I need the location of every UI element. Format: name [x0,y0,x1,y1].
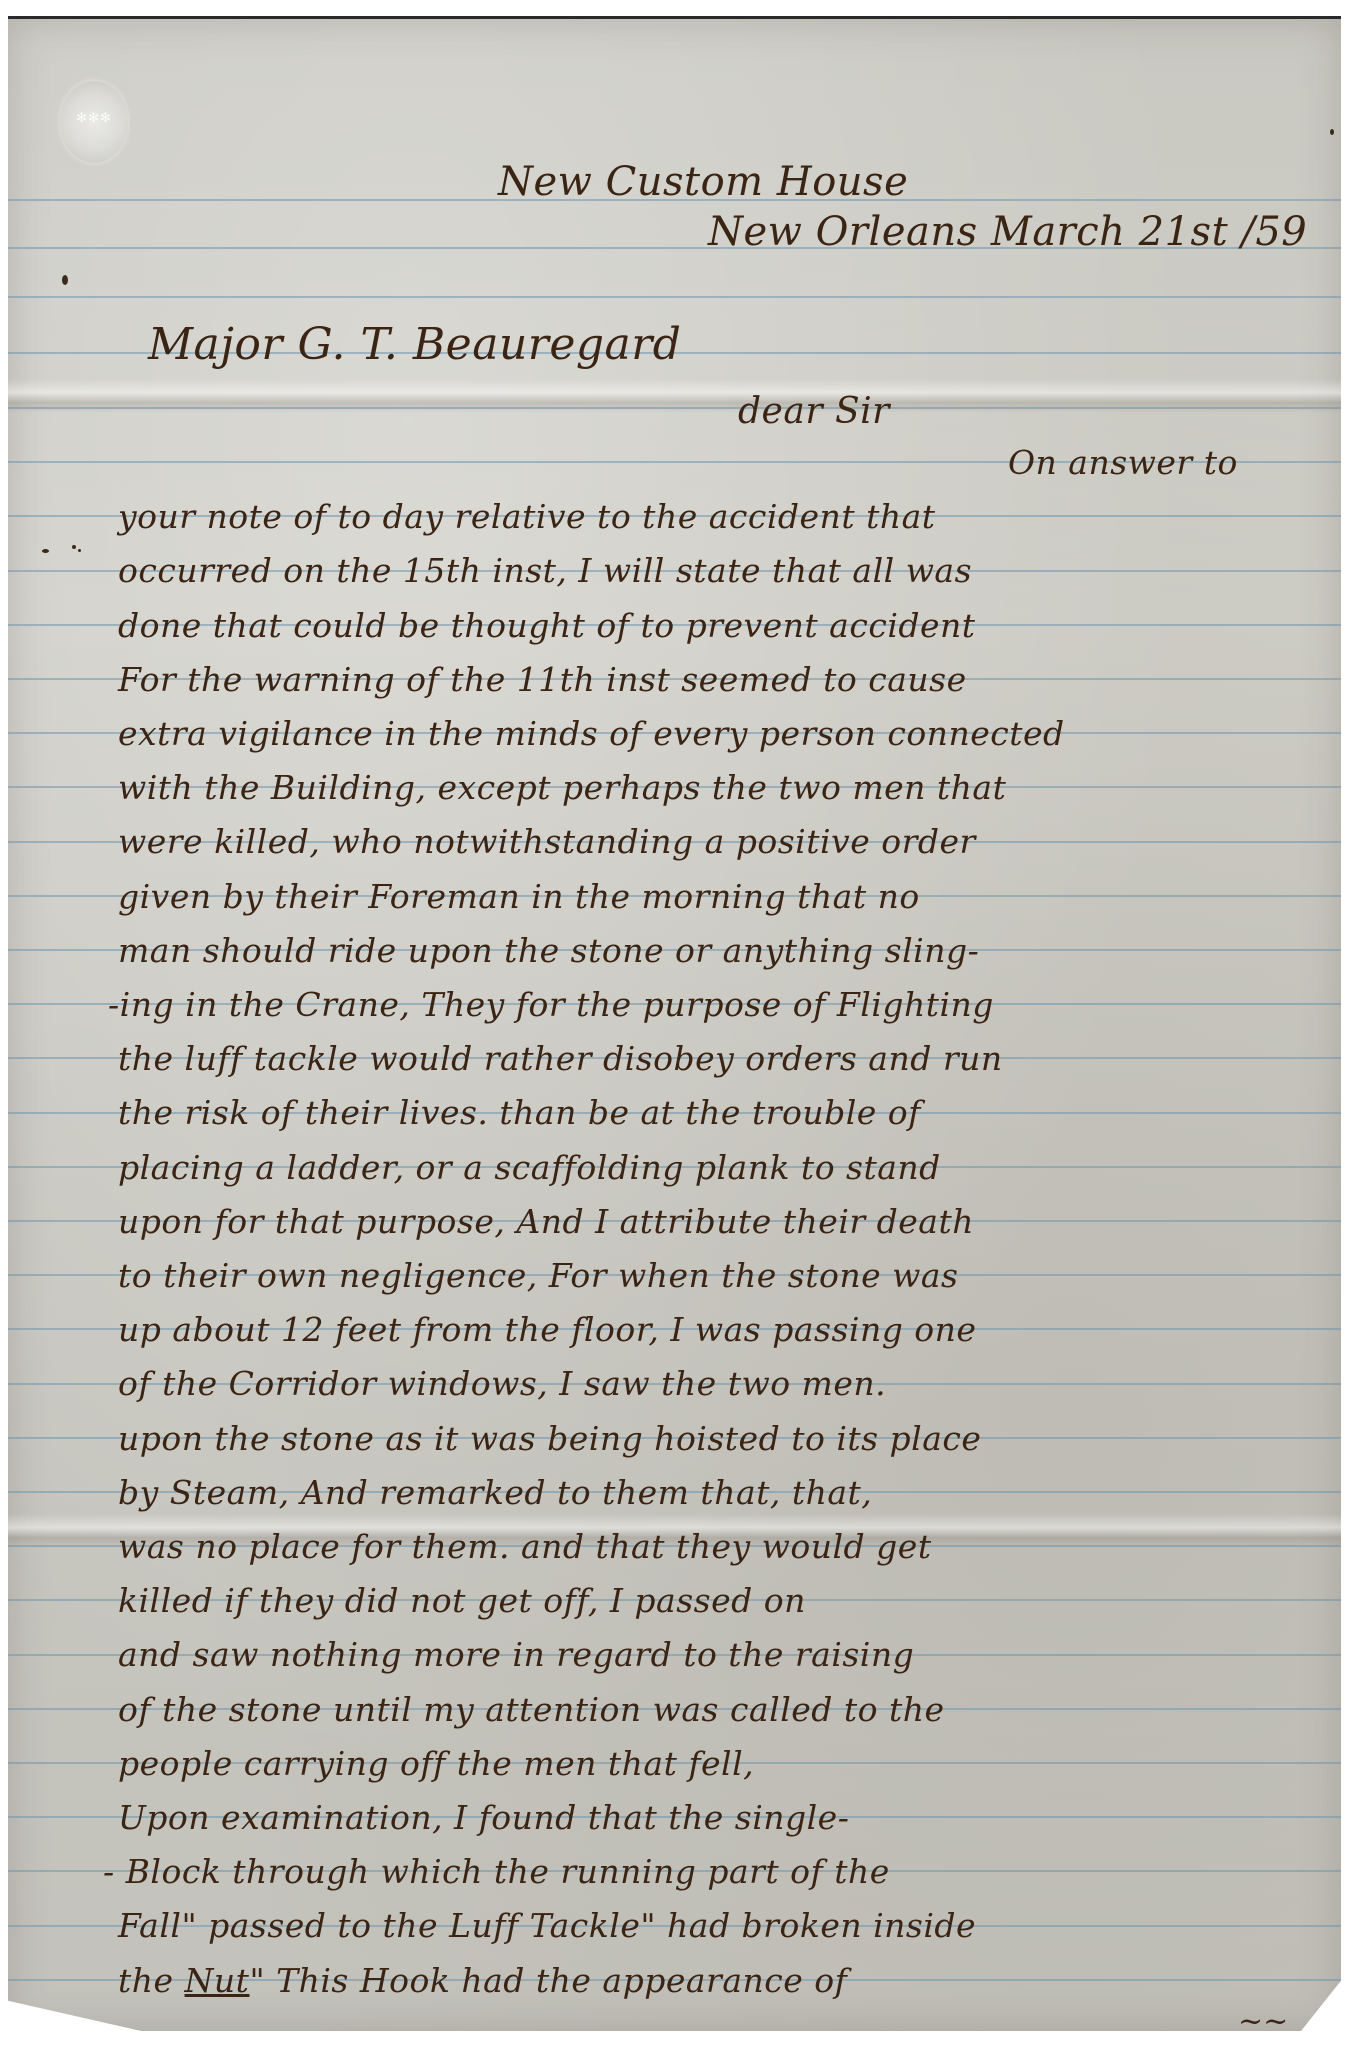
ruled-line [8,296,1341,298]
letter-heading-place: New Custom House [498,159,908,205]
addressee: Major G. T. Beauregard [148,319,681,370]
body-line: man should ride upon the stone or anythi… [118,931,979,970]
body-line: to their own negligence, For when the st… [118,1256,958,1295]
body-line: was no place for them. and that they wou… [118,1527,932,1566]
salutation: dear Sir [738,391,890,432]
body-line: by Steam, And remarked to them that, tha… [118,1473,872,1512]
embossed-seal-icon: ✻✻✻ [60,81,128,163]
body-line: extra vigilance in the minds of every pe… [118,714,1065,753]
body-line: upon the stone as it was being hoisted t… [118,1419,981,1458]
body-line: upon for that purpose, And I attribute t… [118,1202,974,1241]
body-line: - Block through which the running part o… [103,1852,890,1891]
body-line: and saw nothing more in regard to the ra… [118,1635,914,1674]
ink-blot [72,545,76,549]
body-line: up about 12 feet from the floor, I was p… [118,1310,976,1349]
body-line: Upon examination, I found that the singl… [118,1798,849,1837]
body-line: Fall" passed to the Luff Tackle" had bro… [118,1906,976,1945]
ink-blot [78,549,81,552]
underlined-word: Nut [185,1961,250,2000]
ink-blot [1330,129,1334,135]
body-text: " This Hook had the appearance of [249,1961,847,2000]
letter-heading-date: New Orleans March 21st /59 [708,209,1307,255]
paper-fold-crease [8,379,1341,413]
body-line: people carrying off the men that fell, [118,1744,754,1783]
ink-blot [62,275,68,285]
body-line: For the warning of the 11th inst seemed … [118,660,967,699]
body-line: killed if they did not get off, I passed… [118,1581,806,1620]
body-line: your note of to day relative to the acci… [118,497,936,536]
seal-label: ✻✻✻ [60,111,128,126]
body-line: the risk of their lives. than be at the … [118,1093,921,1132]
body-line: On answer to [1008,443,1238,482]
letter-page: ✻✻✻ New Custom House New Orleans March 2… [8,16,1341,2031]
body-line: were killed, who notwithstanding a posit… [118,822,976,861]
body-line: done that could be thought of to prevent… [118,606,976,645]
body-line-last: the Nut" This Hook had the appearance of [118,1961,847,2000]
ink-blot [42,549,49,553]
body-line: the luff tackle would rather disobey ord… [118,1039,1003,1078]
body-text: the [118,1961,185,2000]
body-line: given by their Foreman in the morning th… [118,877,920,916]
body-line: placing a ladder, or a scaffolding plank… [118,1148,941,1187]
body-line: of the stone until my attention was call… [118,1690,945,1729]
body-line: -ing in the Crane, They for the purpose … [108,985,994,1024]
body-line: occurred on the 15th inst, I will state … [118,551,972,590]
catchword-flourish: ~~ [1238,2004,1288,2039]
body-line: of the Corridor windows, I saw the two m… [118,1364,886,1403]
body-line: with the Building, except perhaps the tw… [118,768,1006,807]
